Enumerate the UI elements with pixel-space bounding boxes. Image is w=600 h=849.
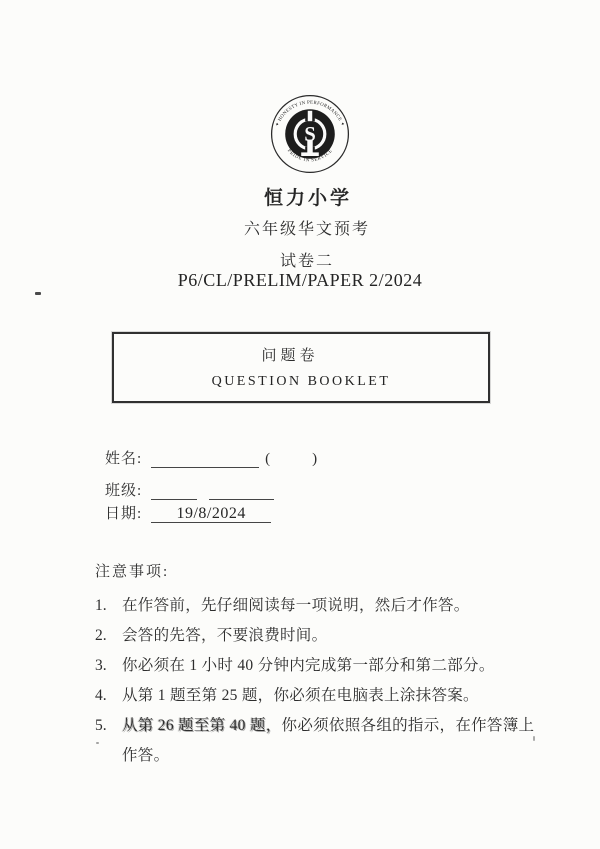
scan-speck xyxy=(533,736,535,741)
crest-monogram-s: S xyxy=(304,123,316,146)
instruction-text: 你必须在 1 小时 40 分钟内完成第一部分和第二部分。 xyxy=(122,651,495,681)
name-label: 姓名: xyxy=(105,447,151,468)
index-paren-open: ( xyxy=(259,451,270,468)
instruction-text-smudged: 从第 26 题至第 40 题， xyxy=(122,717,282,734)
instruction-item-1: 1. 在作答前，先仔细阅读每一项说明，然后才作答。 xyxy=(95,591,543,621)
booklet-title-english: QUESTION BOOKLET xyxy=(114,374,488,390)
name-blank-line xyxy=(151,449,259,468)
name-field-row: 姓名: ( ) xyxy=(105,447,317,468)
instruction-text: 从第 26 题至第 40 题，你必须依照各组的指示，在作答簿上作答。 xyxy=(122,711,543,771)
instruction-number: 5. xyxy=(95,711,122,771)
instruction-text: 会答的先答，不要浪费时间。 xyxy=(122,621,327,651)
date-value: 19/8/2024 xyxy=(176,505,245,522)
instructions-section: 注意事项: 1. 在作答前，先仔细阅读每一项说明，然后才作答。 2. 会答的先答… xyxy=(95,562,543,771)
index-paren-close: ) xyxy=(312,451,317,468)
instruction-item-5: 5. 从第 26 题至第 40 题，你必须依照各组的指示，在作答簿上作答。 xyxy=(95,711,543,771)
crest-stem-top xyxy=(308,111,312,121)
instructions-heading: 注意事项: xyxy=(95,562,543,582)
question-booklet-box: 问题卷 QUESTION BOOKLET xyxy=(112,332,490,403)
instruction-item-3: 3. 你必须在 1 小时 40 分钟内完成第一部分和第二部分。 xyxy=(95,651,543,681)
instruction-text: 从第 1 题至第 25 题，你必须在电脑表上涂抹答案。 xyxy=(122,681,479,711)
instruction-text: 在作答前，先仔细阅读每一项说明，然后才作答。 xyxy=(122,591,470,621)
instruction-number: 3. xyxy=(95,651,122,681)
paper-title: 试卷二 xyxy=(0,248,600,271)
instruction-number: 2. xyxy=(95,621,122,651)
class-blank-line-1 xyxy=(151,481,197,500)
scan-speck xyxy=(35,292,41,295)
date-blank-line: 19/8/2024 xyxy=(151,504,271,523)
instruction-item-4: 4. 从第 1 题至第 25 题，你必须在电脑表上涂抹答案。 xyxy=(95,681,543,711)
scanned-exam-cover-page: ✦ HONESTY IN PERFORMANCE ✦ PRIDE IN SERV… xyxy=(0,0,600,849)
class-label: 班级: xyxy=(105,479,151,500)
school-crest-logo: ✦ HONESTY IN PERFORMANCE ✦ PRIDE IN SERV… xyxy=(270,94,350,174)
class-blank-line-2 xyxy=(209,481,274,500)
scan-speck xyxy=(96,742,99,744)
date-label: 日期: xyxy=(105,502,151,523)
class-field-row: 班级: xyxy=(105,479,274,500)
paper-code: P6/CL/PRELIM/PAPER 2/2024 xyxy=(0,270,600,291)
booklet-title-chinese: 问题卷 xyxy=(103,344,477,365)
instruction-item-2: 2. 会答的先答，不要浪费时间。 xyxy=(95,621,543,651)
instruction-number: 4. xyxy=(95,681,122,711)
school-name: 恒力小学 xyxy=(0,183,600,210)
instruction-number: 1. xyxy=(95,591,122,621)
crest-base-bar xyxy=(301,152,319,156)
exam-title: 六年级华文预考 xyxy=(0,216,600,239)
date-field-row: 日期: 19/8/2024 xyxy=(105,502,271,523)
